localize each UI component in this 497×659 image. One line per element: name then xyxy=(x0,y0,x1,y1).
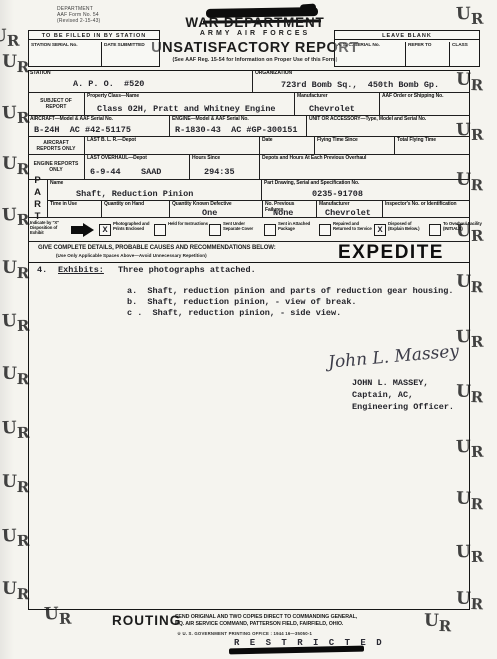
aaf-order-cell: AAF Order or Shipping No. xyxy=(380,93,470,116)
part-drawing-value: 0235-91708 xyxy=(312,189,363,199)
routing-line1: SEND ORIGINAL AND TWO COPIES DIRECT TO C… xyxy=(175,614,385,621)
station-fill-box: TO BE FILLED IN BY STATION STATION SERIA… xyxy=(28,30,160,67)
ur-stamp: UR xyxy=(2,103,30,124)
subject-label: SUBJECT OF REPORT xyxy=(31,98,81,110)
checkbox-photographed-label: Photographed and Prints Enclosed xyxy=(113,221,153,231)
ur-stamp: UR xyxy=(456,4,484,25)
date-cell: Date xyxy=(260,137,315,155)
part-drawing-cell: Part Drawing, Serial and Specification N… xyxy=(262,180,470,201)
property-class-value: Class 02H, Pratt and Whitney Engine xyxy=(97,104,276,114)
last-overhaul-cell: LAST OVERHAUL—Depot 6-9-44 SAAD xyxy=(85,155,190,180)
army-air-forces-title: ARMY AIR FORCES xyxy=(163,30,347,37)
censor-mark-small xyxy=(300,3,316,11)
part-side-label: PART xyxy=(28,180,48,218)
previous-failures-cell: No. Previous Failures None xyxy=(263,201,317,218)
previous-overhaul-cell: Depots and Hours At Each Previous Overha… xyxy=(260,155,470,180)
disposition-label: Indicate by "X" Disposition of Exhibit xyxy=(30,220,68,235)
part-manufacturer-value: Chevrolet xyxy=(325,208,371,218)
ur-stamp: UR xyxy=(2,258,30,279)
time-in-use-label: Time in Use xyxy=(48,201,101,209)
arrow-head-icon xyxy=(83,223,94,237)
station-value: A. P. O. #520 xyxy=(73,79,144,89)
unit-accessory-cell: UNIT OR ACCESSORY—Type, Model and Serial… xyxy=(307,116,470,137)
station-label: STATION xyxy=(28,70,252,78)
organization-cell: ORGANIZATION 723rd Bomb Sq., 450th Bomb … xyxy=(253,70,470,93)
signer-title: Engineering Officer. xyxy=(352,402,454,412)
property-class-label: Property Class—Name xyxy=(85,93,294,101)
signer-name: JOHN L. MASSEY, xyxy=(352,378,429,388)
unit-accessory-label: UNIT OR ACCESSORY—Type, Model and Serial… xyxy=(307,116,470,124)
blr-depot-label: LAST B. L. R.—Depot xyxy=(85,137,259,145)
manufacturer-cell: Manufacturer Chevrolet xyxy=(295,93,380,116)
quantity-on-hand-label: Quantity on Hand xyxy=(102,201,169,209)
exhibit-item-a: a. Shaft, reduction pinion and parts of … xyxy=(127,286,453,296)
flying-time-since-cell: Flying Time Since xyxy=(315,137,395,155)
details-header-band: GIVE COMPLETE DETAILS, PROBABLE CAUSES A… xyxy=(28,242,470,263)
class-label: CLASS xyxy=(450,42,479,49)
checkbox-photographed: X xyxy=(99,224,111,236)
part-name-cell: Name Shaft, Reduction Pinion xyxy=(48,180,262,201)
signer-rank: Captain, AC, xyxy=(352,390,413,400)
engine-cell: ENGINE—Model & AAF Serial No. R-1830-43 … xyxy=(170,116,307,137)
checkbox-held-label: Held for Instructions xyxy=(168,221,208,226)
checkbox-overhaul-facility xyxy=(429,224,441,236)
ur-stamp: UR xyxy=(2,311,30,332)
organization-label: ORGANIZATION xyxy=(253,70,470,78)
ur-stamp: UR xyxy=(2,418,30,439)
previous-overhaul-label: Depots and Hours At Each Previous Overha… xyxy=(260,155,470,163)
aircraft-reports-stub: AIRCRAFT REPORTS ONLY xyxy=(28,137,85,155)
time-in-use-cell: Time in Use xyxy=(48,201,102,218)
exhibit-item-c: c . Shaft, reduction pinion, - side view… xyxy=(127,308,341,318)
manufacturer-value: Chevrolet xyxy=(309,104,355,114)
arrow-icon xyxy=(71,226,83,234)
refer-to-cell: REFER TO xyxy=(405,42,450,66)
routing-line2: HQ. AIR SERVICE COMMAND, PATTERSON FIELD… xyxy=(175,621,385,628)
last-overhaul-label: LAST OVERHAUL—Depot xyxy=(85,155,189,163)
details-subheader: (Use Only Applicable Spaces Above—Avoid … xyxy=(56,253,207,258)
war-department-title: WAR DEPARTMENT xyxy=(163,15,347,30)
inspector-cell: Inspector's No. or Identification xyxy=(383,201,470,218)
refer-to-label: REFER TO xyxy=(406,42,450,49)
gpo-line: ☆ U. S. GOVERNMENT PRINTING OFFICE : 194… xyxy=(177,631,312,637)
subject-stub: SUBJECT OF REPORT xyxy=(28,93,85,116)
item-number: 4. xyxy=(37,265,47,275)
engine-reports-label: ENGINE REPORTS ONLY xyxy=(31,161,81,173)
exhibits-heading: Exhibits: xyxy=(58,265,104,275)
checkbox-repaired xyxy=(319,224,331,236)
date-label: Date xyxy=(260,137,314,145)
checkbox-disposed: X xyxy=(374,224,386,236)
last-overhaul-value: 6-9-44 SAAD xyxy=(90,167,161,177)
blr-depot-cell: LAST B. L. R.—Depot xyxy=(85,137,260,155)
report-subtitle: (See AAF Reg. 15-54 for Information on P… xyxy=(145,57,365,63)
quantity-on-hand-cell: Quantity on Hand xyxy=(102,201,170,218)
ur-stamp: UR xyxy=(2,364,30,385)
aaf-order-label: AAF Order or Shipping No. xyxy=(380,93,470,101)
engine-label: ENGINE—Model & AAF Serial No. xyxy=(170,116,306,124)
routing-label: ROUTING xyxy=(112,613,181,628)
part-manufacturer-cell: Manufacturer Chevrolet xyxy=(317,201,383,218)
checkbox-separate-cover xyxy=(209,224,221,236)
checkbox-overhaul-facility-label: To Overhaul Facility (INITIALS) xyxy=(443,221,483,231)
asc-serial-label: A. S. C. SERIAL No. xyxy=(335,42,407,49)
part-name-label: Name xyxy=(48,180,261,188)
checkbox-disposed-label: Disposed of (Explain Below.) xyxy=(388,221,428,231)
leave-blank-title: LEAVE BLANK xyxy=(335,31,479,40)
scanned-form-page: URURURURURURURURURURURURURURURURURURURUR… xyxy=(0,0,497,659)
exhibits-text: Three photographs attached. xyxy=(118,265,256,275)
hours-since-value: 294:35 xyxy=(204,167,235,177)
ur-stamp: UR xyxy=(2,154,30,175)
details-header: GIVE COMPLETE DETAILS, PROBABLE CAUSES A… xyxy=(38,245,276,251)
checkbox-repaired-label: Repaired and Returned to Service xyxy=(333,221,373,231)
total-flying-time-cell: Total Flying Time xyxy=(395,137,470,155)
station-box-title: TO BE FILLED IN BY STATION xyxy=(29,31,159,40)
aircraft-label: AIRCRAFT—Model & AAF Serial No. xyxy=(28,116,169,124)
date-submitted-label: DATE SUBMITTED xyxy=(102,42,159,49)
engine-value: R-1830-43 AC #GP-300151 xyxy=(175,125,297,135)
checkbox-attached-package-label: Sent in Attached Package xyxy=(278,221,318,231)
previous-failures-value: None xyxy=(273,208,293,218)
part-name-value: Shaft, Reduction Pinion xyxy=(76,189,193,199)
property-class-cell: Property Class—Name Class 02H, Pratt and… xyxy=(85,93,295,116)
report-title: UNSATISFACTORY REPORT xyxy=(145,40,365,56)
ur-stamp: UR xyxy=(0,26,20,47)
ur-stamp: UR xyxy=(424,611,452,632)
exhibit-item-b: b. Shaft, reduction pinion, - view of br… xyxy=(127,297,357,307)
leave-blank-box: LEAVE BLANK A. S. C. SERIAL No. REFER TO… xyxy=(334,30,480,67)
form-number-block: DEPARTMENT AAF Form No. 54 (Revised 2-15… xyxy=(57,6,152,24)
flying-time-since-label: Flying Time Since xyxy=(315,137,394,145)
disposition-row: Indicate by "X" Disposition of Exhibit X… xyxy=(28,218,470,242)
ur-stamp: UR xyxy=(2,205,30,226)
quantity-defective-cell: Quantity Known Defective One xyxy=(170,201,263,218)
checkbox-attached-package xyxy=(264,224,276,236)
ur-stamp: UR xyxy=(2,526,30,547)
routing-instructions: SEND ORIGINAL AND TWO COPIES DIRECT TO C… xyxy=(175,614,385,628)
organization-value: 723rd Bomb Sq., 450th Bomb Gp. xyxy=(281,80,439,90)
ur-stamp: UR xyxy=(2,579,30,600)
part-drawing-label: Part Drawing, Serial and Specification N… xyxy=(262,180,470,188)
form-meta-line3: (Revised 2-15-43) xyxy=(57,18,152,24)
station-serial-label: STATION SERIAL No. xyxy=(29,42,103,49)
hours-since-cell: Hours Since 294:35 xyxy=(190,155,260,180)
checkbox-held xyxy=(154,224,166,236)
total-flying-time-label: Total Flying Time xyxy=(395,137,470,145)
checkbox-separate-cover-label: Sent Under Separate Cover xyxy=(223,221,263,231)
aircraft-reports-label: AIRCRAFT REPORTS ONLY xyxy=(31,140,81,152)
aircraft-cell: AIRCRAFT—Model & AAF Serial No. B-24H AC… xyxy=(28,116,170,137)
date-submitted-cell: DATE SUBMITTED xyxy=(101,42,159,66)
quantity-defective-value: One xyxy=(202,208,217,218)
inspector-label: Inspector's No. or Identification xyxy=(383,201,470,209)
ur-stamp: UR xyxy=(2,52,30,73)
class-cell: CLASS xyxy=(449,42,479,66)
station-cell: STATION A. P. O. #520 xyxy=(28,70,253,93)
manufacturer-label: Manufacturer xyxy=(295,93,379,101)
expedite-stamp: EXPEDITE xyxy=(338,242,444,264)
hours-since-label: Hours Since xyxy=(190,155,259,163)
aircraft-value: B-24H AC #42-51175 xyxy=(34,125,131,135)
ur-stamp: UR xyxy=(2,472,30,493)
